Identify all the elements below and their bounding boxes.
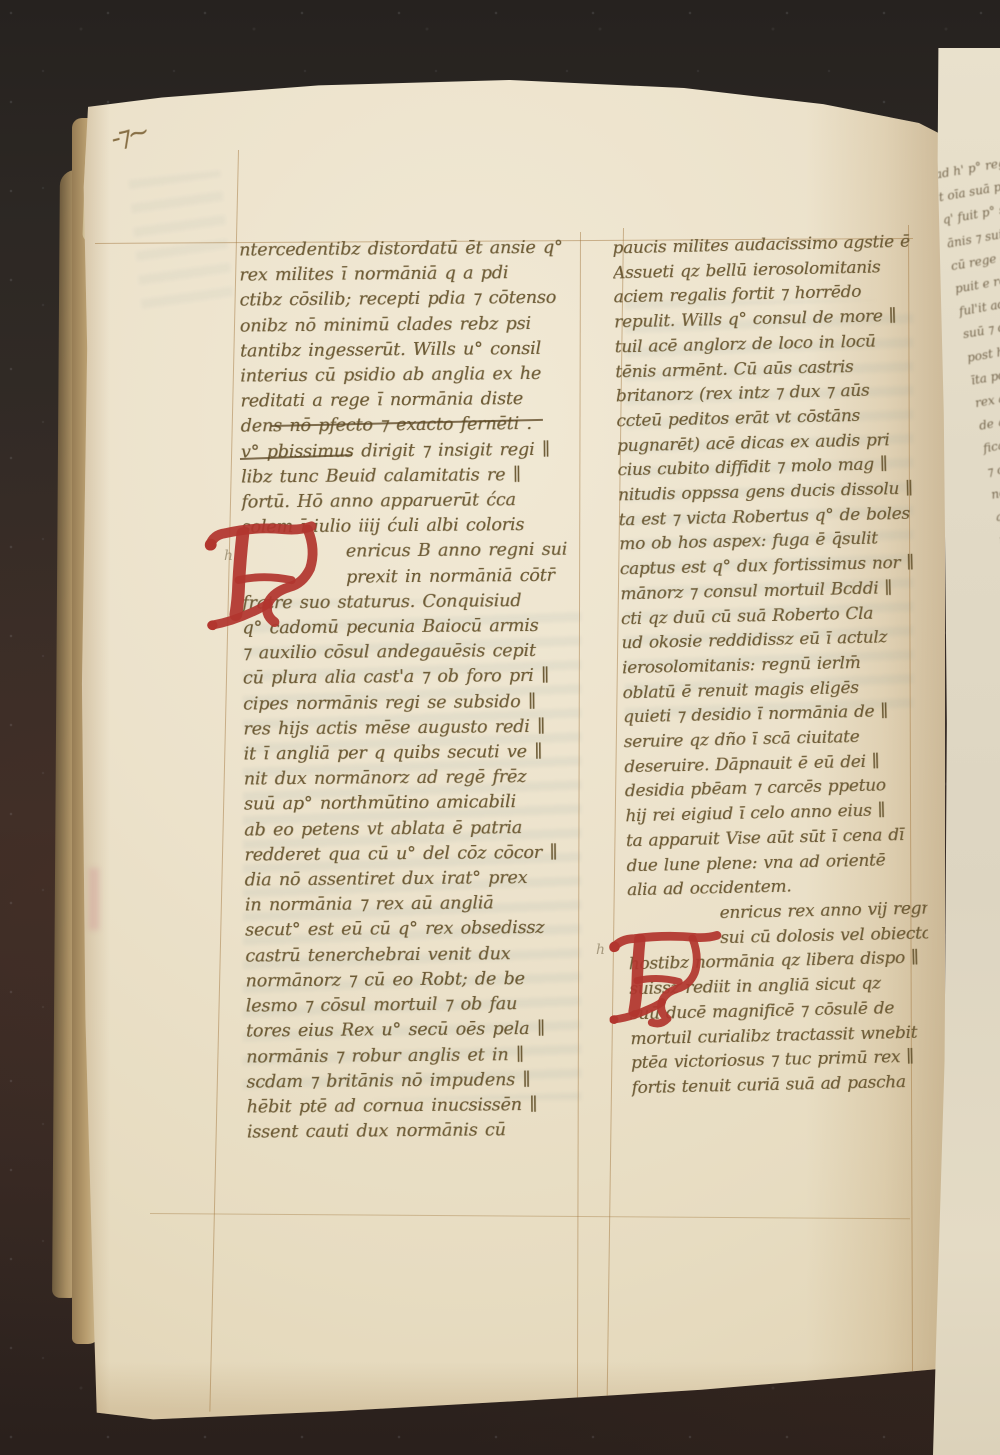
text-column-left: ntercedentibz distordatū ēt ansie q°rex … bbox=[239, 236, 593, 1146]
ruling-line-vertical bbox=[209, 150, 239, 1412]
manuscript-text-line: ⁊ auxilio cōsul andegauēsis cepit bbox=[243, 639, 589, 667]
manuscript-text-line: tores eius Rex u° secū oēs pela ∥ bbox=[246, 1017, 592, 1045]
corner-ink-mark: -⁊~ bbox=[108, 116, 151, 155]
ruling-line-horizontal bbox=[150, 1213, 910, 1219]
manuscript-text-line: scdam ⁊ britānis nō impudens ∥ bbox=[246, 1067, 592, 1095]
manuscript-text-line: v° pbissimus dirigit ⁊ insigit regi ∥ bbox=[241, 437, 587, 465]
manuscript-text-line: it ī angliā per q quibs secuti ve ∥ bbox=[243, 740, 589, 768]
manuscript-text-line: res hijs actis mēse augusto redi ∥ bbox=[243, 714, 589, 742]
manuscript-text-line: cipes normānis regi se subsido ∥ bbox=[243, 689, 589, 717]
manuscript-text-line: reditati a rege ī normānia diste bbox=[240, 387, 586, 415]
initial-guide-letter: h bbox=[596, 942, 605, 958]
manuscript-text-line: dia nō assentiret dux irat° prex bbox=[245, 866, 591, 894]
manuscript-text-line: ntercedentibz distordatū ēt ansie q° bbox=[239, 236, 585, 264]
manuscript-text-line: lesmo ⁊ cōsul mortuil ⁊ ob fau bbox=[246, 992, 592, 1020]
manuscript-text-line: rex milites ī normāniā q a pdi bbox=[239, 261, 585, 289]
manuscript-text-line: suū ap° northmūtino amicabili bbox=[244, 790, 590, 818]
manuscript-text-line: hēbit ptē ad cornua inucsissēn ∥ bbox=[247, 1092, 593, 1120]
manuscript-text-line: onibz nō minimū clades rebz psi bbox=[240, 311, 586, 339]
manuscript-text-line: castrū tenerchebrai venit dux bbox=[245, 941, 591, 969]
rubric-initial-H bbox=[203, 516, 335, 640]
manuscript-text-line: ab eo petens vt ablata ē patria bbox=[244, 815, 590, 843]
manuscript-leaf: -⁊~ ntercedentibz distordatū ēt ansie q°… bbox=[75, 80, 945, 1422]
manuscript-text-line: tantibz ingesserūt. Wills u° consil bbox=[240, 336, 586, 364]
rubric-initial-H-glyph bbox=[608, 917, 724, 1045]
manuscript-text-line: normānorz ⁊ cū eo Robt; de be bbox=[245, 966, 591, 994]
manuscript-text-line: ctibz cōsilib; recepti pdia ⁊ cōtenso bbox=[239, 286, 585, 314]
manuscript-photograph: -⁊~ ntercedentibz distordatū ēt ansie q°… bbox=[0, 0, 1000, 1455]
pigment-smudge bbox=[89, 868, 99, 930]
manuscript-text-line: interius cū psidio ab anglia ex he bbox=[240, 362, 586, 390]
manuscript-text-line: libz tunc Beuid calamitatis re ∥ bbox=[241, 462, 587, 490]
manuscript-text-line: nit dux normānorz ad regē frēz bbox=[244, 765, 590, 793]
manuscript-text-line: cū plura alia cast'a ⁊ ob foro pri ∥ bbox=[243, 664, 589, 692]
rubric-initial-H-glyph bbox=[203, 516, 335, 640]
manuscript-text-line: secut° est eū cū q° rex obsedissz bbox=[245, 916, 591, 944]
manuscript-text-line: issent cauti dux normānis cū bbox=[247, 1118, 593, 1146]
manuscript-text-line: redderet qua cū u° del cōz cōcor ∥ bbox=[244, 840, 590, 868]
manuscript-text-line: normānis ⁊ robur anglis et in ∥ bbox=[246, 1042, 592, 1070]
manuscript-text-line: in normānia ⁊ rex aū angliā bbox=[245, 891, 591, 919]
showthrough-text bbox=[128, 171, 233, 310]
rubric-initial-H bbox=[608, 917, 724, 1045]
manuscript-text-line: fortū. Hō anno apparuerūt ćca bbox=[241, 488, 587, 516]
